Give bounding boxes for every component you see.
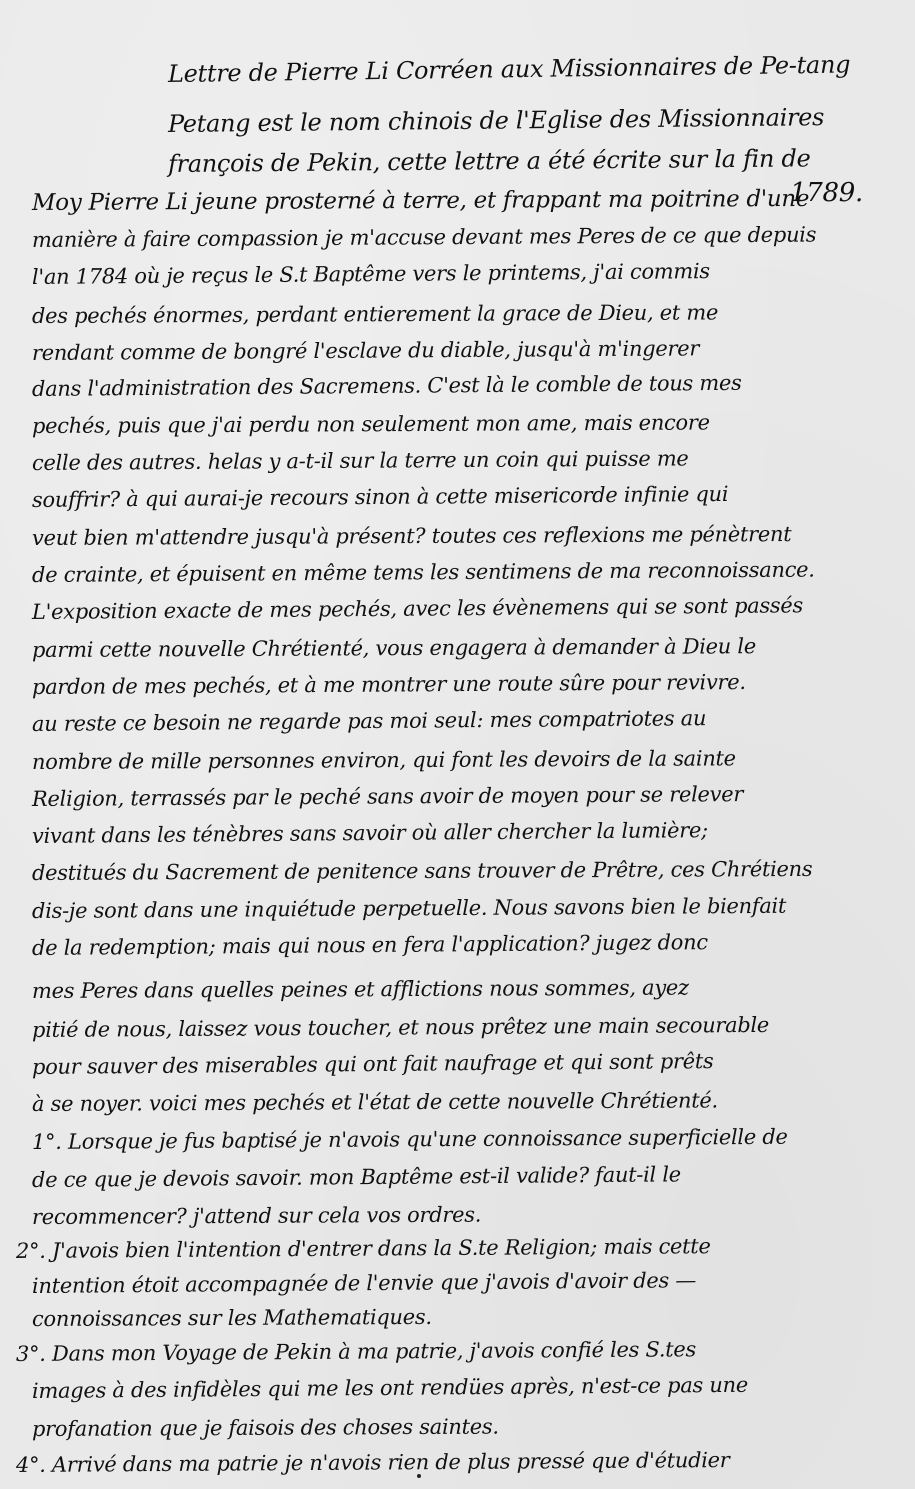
- body-line-18: vivant dans les ténèbres sans savoir où …: [32, 818, 708, 848]
- body-line-24: pour sauver des miserables qui ont fait …: [32, 1049, 714, 1079]
- body-line-11: de crainte, et épuisent en même tems les…: [32, 558, 815, 587]
- body-line-21: de la redemption; mais qui nous en fera …: [32, 930, 708, 960]
- body-line-17: Religion, terrassés par le peché sans av…: [32, 782, 743, 811]
- body-line-19: destitués du Sacrement de penitence sans…: [32, 857, 812, 885]
- body-line-3: l'an 1784 où je reçus le S.t Baptême ver…: [32, 260, 710, 290]
- body-line-35: 4°. Arrivé dans ma patrie je n'avois rie…: [16, 1448, 730, 1477]
- body-line-31: connoissances sur les Mathematiques.: [32, 1305, 432, 1331]
- body-line-5: rendant comme de bongré l'esclave du dia…: [32, 336, 699, 365]
- body-line-9: souffrir? à qui aurai-je recours sinon à…: [32, 482, 728, 512]
- body-line-4: des pechés énormes, perdant entierement …: [32, 300, 718, 328]
- body-line-16: nombre de mille personnes environ, qui f…: [32, 746, 736, 774]
- body-line-26: 1°. Lorsque je fus baptisé je n'avois qu…: [32, 1125, 788, 1154]
- body-line-15: au reste ce besoin ne regarde pas moi se…: [32, 706, 706, 736]
- body-line-12: L'exposition exacte de mes pechés, avec …: [32, 594, 803, 625]
- body-line-25: à se noyer. voici mes pechés et l'état d…: [32, 1089, 718, 1117]
- body-line-6: dans l'administration des Sacremens. C'e…: [32, 370, 742, 400]
- body-line-14: pardon de mes pechés, et à me montrer un…: [32, 670, 746, 699]
- body-line-32: 3°. Dans mon Voyage de Pekin à ma patrie…: [16, 1337, 696, 1366]
- body-line-20: dis-je sont dans une inquiétude perpetue…: [32, 893, 786, 922]
- body-line-22: mes Peres dans quelles peines et afflict…: [32, 976, 689, 1003]
- body-line-2: manière à faire compassion je m'accuse d…: [32, 223, 816, 252]
- header-line-2: Petang est le nom chinois de l'Eglise de…: [168, 103, 824, 138]
- ink-dot: [417, 1474, 421, 1478]
- body-line-27: de ce que je devois savoir. mon Baptême …: [32, 1162, 681, 1192]
- body-line-29: 2°. J'avois bien l'intention d'entrer da…: [16, 1234, 711, 1263]
- body-line-1: Moy Pierre Li jeune prosterné à terre, e…: [32, 186, 809, 216]
- body-line-7: pechés, puis que j'ai perdu non seulemen…: [32, 410, 710, 438]
- body-line-30: intention étoit accompagnée de l'envie q…: [32, 1269, 696, 1299]
- body-line-28: recommencer? j'attend sur cela vos ordre…: [32, 1203, 481, 1229]
- body-line-10: veut bien m'attendre jusqu'à présent? to…: [32, 522, 791, 550]
- manuscript-page: Lettre de Pierre Li Corréen aux Missionn…: [0, 0, 915, 1489]
- body-line-13: parmi cette nouvelle Chrétienté, vous en…: [32, 634, 756, 662]
- body-line-33: images à des infidèles qui me les ont re…: [32, 1373, 748, 1403]
- header-line-1: Lettre de Pierre Li Corréen aux Missionn…: [168, 50, 851, 88]
- body-line-23: pitié de nous, laissez vous toucher, et …: [32, 1012, 769, 1041]
- body-line-34: profanation que je faisois des choses sa…: [32, 1414, 499, 1440]
- body-line-8: celle des autres. helas y a-t-il sur la …: [32, 447, 689, 476]
- header-line-3: françois de Pekin, cette lettre a été éc…: [168, 144, 811, 178]
